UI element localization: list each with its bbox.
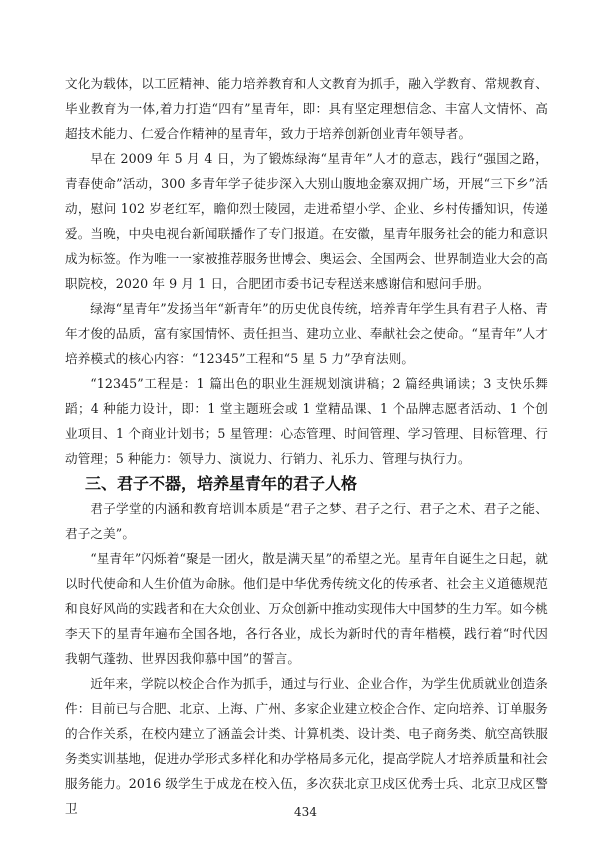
page-body: 文化为载体，以工匠精神、能力培养教育和人文教育为抓手，融入学教育、常规教育、毕业… bbox=[65, 71, 548, 821]
document-page: 文化为载体，以工匠精神、能力培养教育和人文教育为抓手，融入学教育、常规教育、毕业… bbox=[0, 0, 611, 864]
paragraph: 近年来，学院以校企合作为抓手，通过与行业、企业合作，为学生优质就业创造条件：目前… bbox=[65, 671, 548, 821]
section-heading: 三、君子不器，培养星青年的君子人格 bbox=[65, 471, 548, 496]
paragraph: “12345”工程是：1 篇出色的职业生涯规划演讲稿；2 篇经典诵读；3 支快乐… bbox=[65, 371, 548, 471]
paragraph: 君子学堂的内涵和教育培训本质是“君子之梦、君子之行、君子之术、君子之能、君子之美… bbox=[65, 496, 548, 546]
paragraph: 文化为载体，以工匠精神、能力培养教育和人文教育为抓手，融入学教育、常规教育、毕业… bbox=[65, 71, 548, 146]
page-number: 434 bbox=[0, 803, 611, 821]
paragraph: 绿海“星青年”发扬当年“新青年”的历史优良传统，培养青年学生具有君子人格、青年才… bbox=[65, 296, 548, 371]
paragraph: “星青年”闪烁着“聚是一团火，散是满天星”的希望之光。星青年自诞生之日起，就以时… bbox=[65, 546, 548, 671]
paragraph: 早在 2009 年 5 月 4 日，为了锻炼绿海“星青年”人才的意志，践行“强国… bbox=[65, 146, 548, 296]
